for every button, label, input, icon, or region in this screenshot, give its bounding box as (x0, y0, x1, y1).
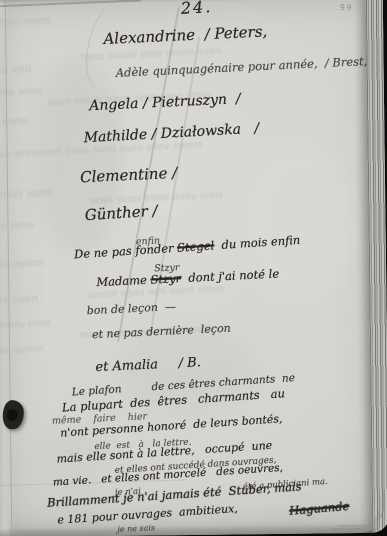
handwriting-line: Clementine / (80, 166, 178, 186)
page-number-heading: 24. (180, 0, 213, 18)
book-page: 24. 99 nnue cermi vuns almes nnee vuraim… (0, 0, 387, 536)
struck-word: Stzyr (150, 271, 181, 286)
handwriting-line: bon de leçon — (86, 301, 176, 316)
manuscript-scan: 24. 99 nnue cermi vuns almes nnee vuraim… (0, 0, 387, 536)
folio-stamp: 99 (340, 3, 353, 12)
handwriting-line: Günther / (84, 204, 158, 224)
edge-damage-notch-core (7, 409, 18, 421)
struck-word: Stegel (177, 238, 215, 254)
pencil-arc (82, 0, 145, 97)
edge-damage-notch (3, 400, 24, 429)
